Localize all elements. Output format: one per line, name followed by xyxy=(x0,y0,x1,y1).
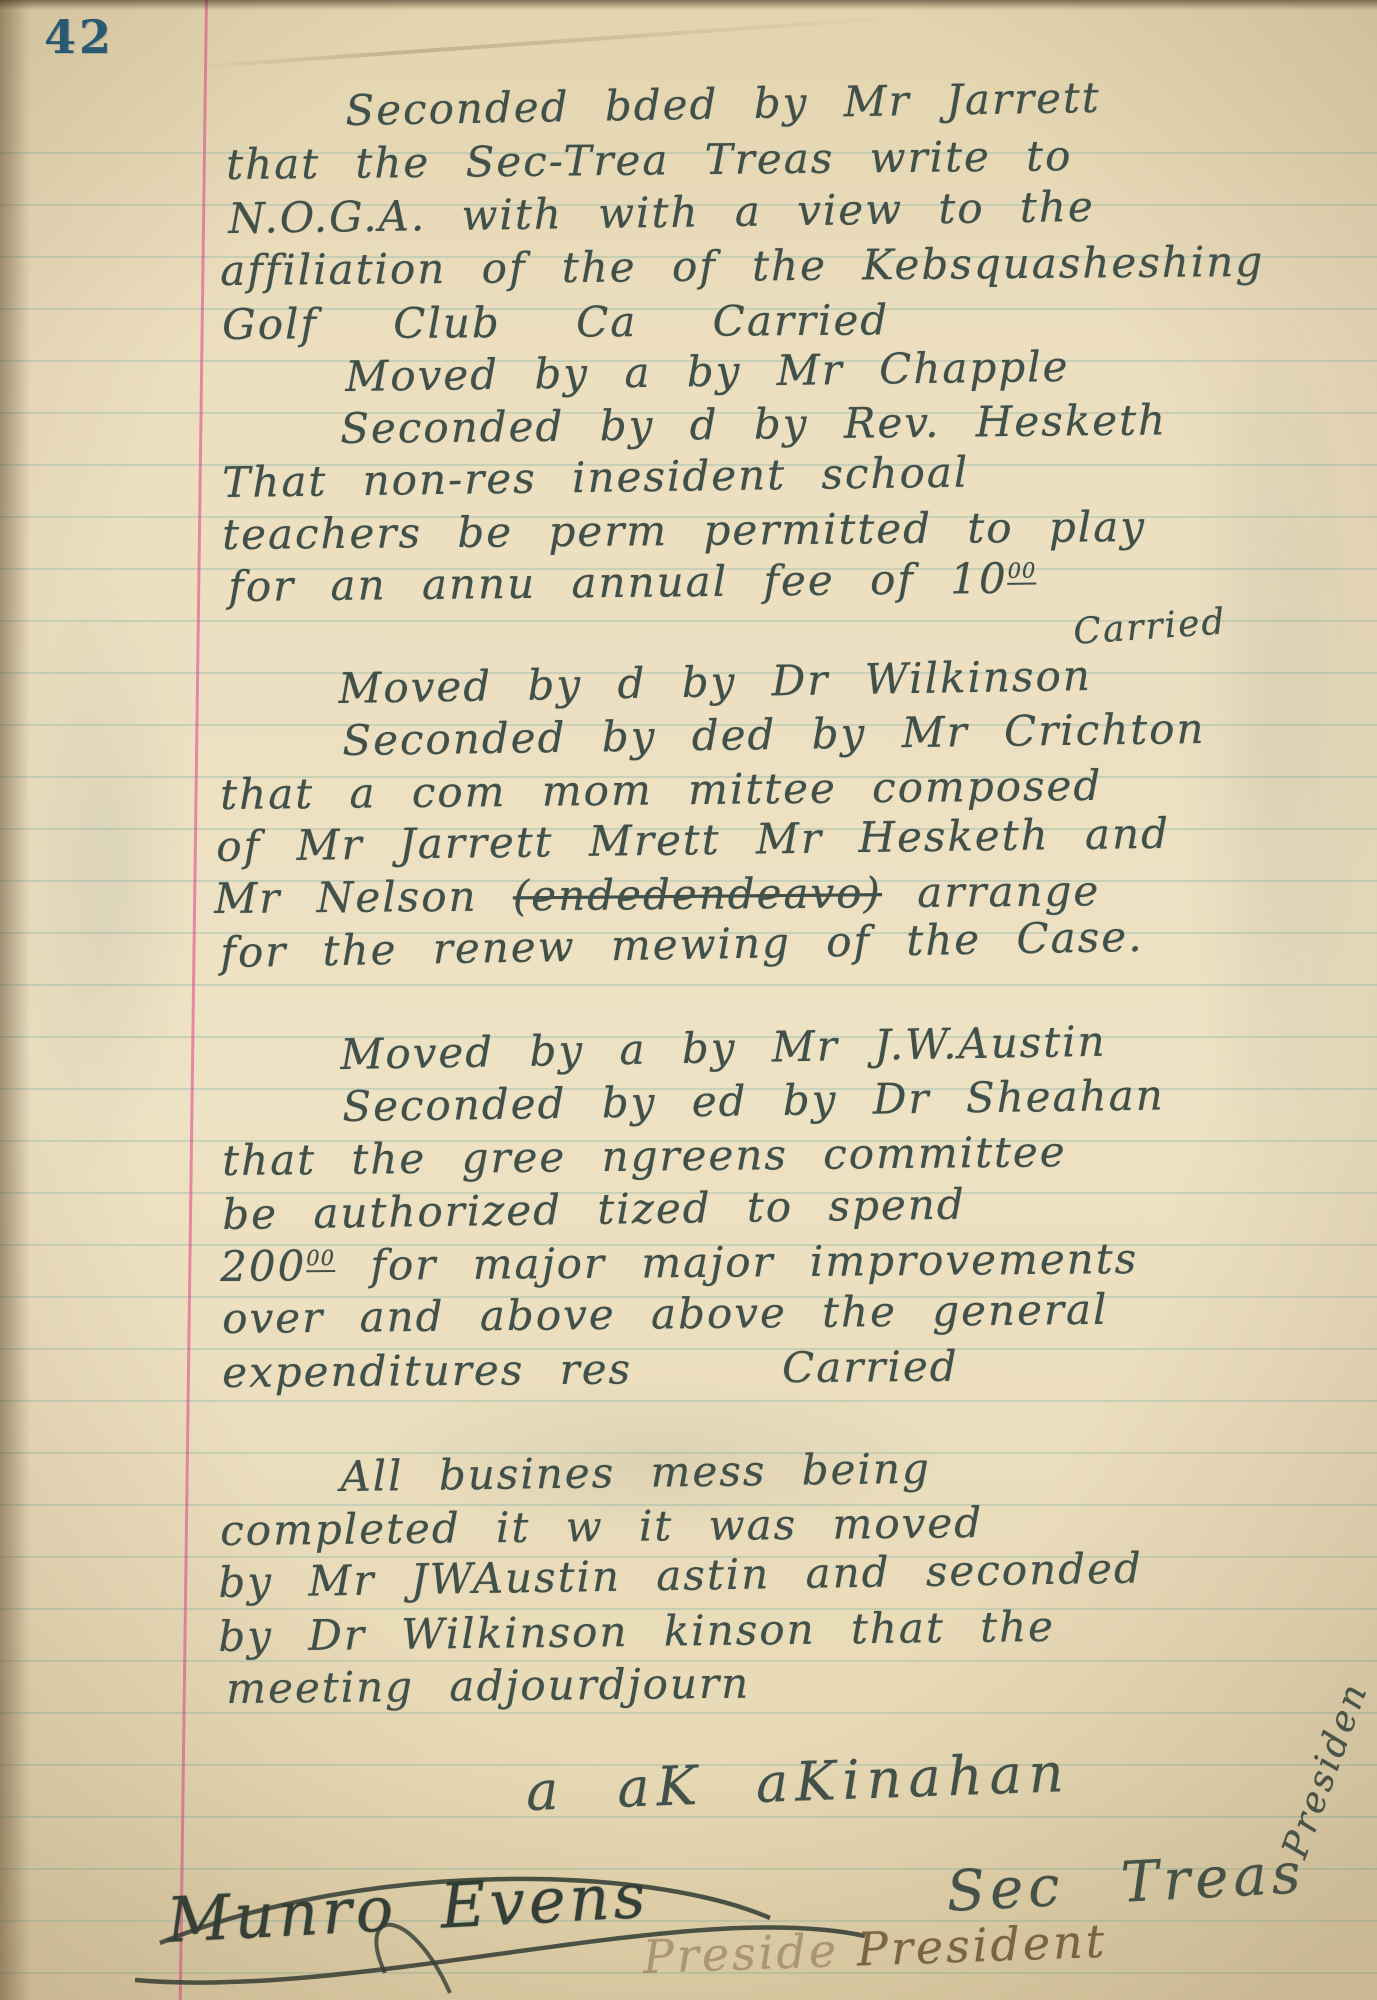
ink-bleed-through xyxy=(1180,300,1370,1200)
page-number: 42 xyxy=(44,10,114,64)
fee-text: for an annu annual fee of 10 xyxy=(228,554,1008,611)
minutes-line-with-carried: expenditures resCarried xyxy=(222,1342,959,1397)
line-text: expenditures res xyxy=(222,1344,632,1397)
president-title-text: President xyxy=(856,1914,1108,1977)
minutes-line: affiliation of the of the Kebsquasheshin… xyxy=(220,237,1264,295)
minutes-line: Moved by d by Dr Wilkinson xyxy=(338,651,1092,713)
page-left-edge-shadow xyxy=(0,0,30,2000)
president-signature: a aK aKinahan xyxy=(525,1741,1071,1823)
minutes-line: N.O.G.A. with with a view to the xyxy=(228,182,1095,243)
minutes-line: That non-res inesident schoal xyxy=(222,448,970,507)
minutes-line: that a com mom mittee composed xyxy=(220,761,1103,819)
page-top-edge-shadow xyxy=(0,0,1377,10)
line-text: for major major improvements xyxy=(335,1234,1138,1290)
president-title-ghost: Preside xyxy=(642,1923,840,1984)
minutes-line: that the gree ngreens committee xyxy=(222,1127,1067,1185)
fee-superscript: 00 xyxy=(1007,559,1036,585)
minutes-line: Seconded bded by Mr Jarrett xyxy=(345,73,1101,135)
minutes-line-with-amount: 20000 for major major improvements xyxy=(220,1234,1138,1291)
carried-note: Carried xyxy=(1072,601,1228,653)
minutes-line: meeting adjourdjourn xyxy=(226,1659,750,1713)
minutes-line: that the Sec-Trea Treas write to xyxy=(226,131,1073,189)
margin-line xyxy=(179,0,208,2000)
amount-text: 200 xyxy=(220,1241,307,1291)
minutes-line: be authorized tized to spend xyxy=(222,1180,966,1239)
minutes-line: Golf Club Ca Carried xyxy=(222,295,889,349)
minutes-line: Seconded by ded by Mr Crichton xyxy=(342,704,1206,765)
minutes-line-with-fee: for an annu annual fee of 1000 xyxy=(228,554,1037,611)
minutes-line: by Dr Wilkinson kinson that the xyxy=(218,1602,1055,1661)
struck-text: (endedendeavo) xyxy=(513,868,882,920)
sec-treas-title: Sec Treas xyxy=(945,1841,1307,1925)
minutes-line: Seconded by ed by Dr Sheahan xyxy=(342,1071,1165,1131)
minutes-line: over and above above the general xyxy=(222,1285,1109,1343)
minutes-line: completed it w it was moved xyxy=(220,1498,983,1555)
illegible-signature: Munro Evens xyxy=(165,1859,651,1957)
minutes-line: of Mr Jarrett Mrett Mr Hesketh and xyxy=(216,809,1170,871)
ink-bleed-through xyxy=(20,560,190,1180)
minutes-line: All busines mess being xyxy=(340,1444,931,1501)
carried-note: Carried xyxy=(782,1342,959,1393)
president-title-faded: PresidePresident xyxy=(642,1914,1108,1984)
line-text: arrange xyxy=(882,866,1101,917)
minutes-line: teachers be perm permitted to play xyxy=(222,502,1146,559)
paper-crease xyxy=(191,15,910,69)
line-text: Mr Nelson xyxy=(214,871,513,923)
minute-book-page: 42 Seconded bded by Mr Jarrett that the … xyxy=(0,0,1377,2000)
minutes-line: Seconded by d by Rev. Hesketh xyxy=(340,395,1167,453)
amount-superscript: 00 xyxy=(306,1246,335,1272)
minutes-line: Moved by a by Mr J.W.Austin xyxy=(340,1017,1107,1079)
minutes-line: Moved by a by Mr Chapple xyxy=(345,342,1070,401)
president-title-diagonal: Presiden xyxy=(1275,1676,1377,1863)
